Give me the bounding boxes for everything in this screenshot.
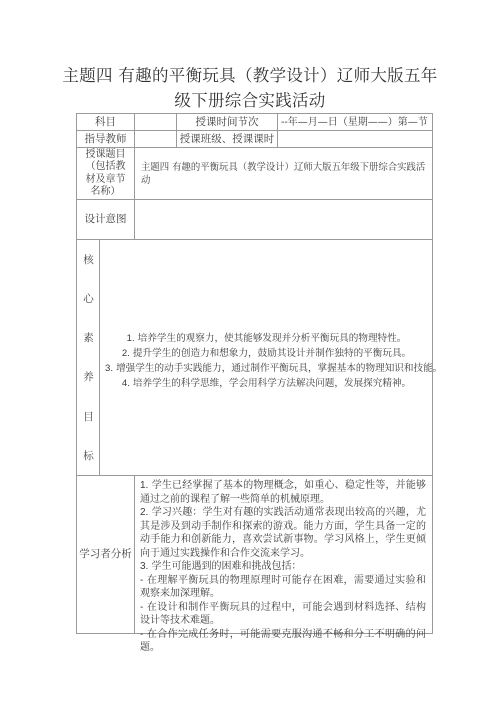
core-goal-item: 1. 培养学生的观察力，使其能够发现并分析平衡玩具的物理特性。: [105, 331, 428, 346]
design-intent-value: [135, 200, 432, 240]
learner-analysis-label: 学习者分析: [77, 476, 135, 633]
subject-label: 科目: [77, 114, 135, 131]
time-value: --年—月—日（星期——）第—节: [278, 114, 432, 131]
learner-paragraph: 3. 学生可能遇到的困难和挑战包括：: [140, 560, 426, 574]
lesson-plan-table: 科目 授课时间节次 --年—月—日（星期——）第—节 指导教师 授课班级、授课课…: [76, 113, 433, 634]
teacher-value: [135, 131, 177, 148]
class-value: [278, 131, 432, 148]
learner-paragraph: - 在理解平衡玩具的物理原理时可能存在困难，需要通过实验和观察来加深理解。: [140, 574, 426, 601]
topic-label: 授课题目（包括教材及章节名称）: [77, 148, 135, 200]
core-label-char: 心: [77, 293, 100, 306]
core-goals-label: 核 心 素 养 目 标: [77, 240, 100, 476]
topic-value: 主题四 有趣的平衡玩具（教学设计）辽师大版五年级下册综合实践活动: [135, 148, 432, 200]
subject-value: [135, 114, 177, 131]
document-title-line1: 主题四 有趣的平衡玩具（教学设计）辽师大版五年: [60, 62, 440, 86]
learner-paragraph: - 在设计和制作平衡玩具的过程中，可能会遇到材料选择、结构设计等技术难题。: [140, 601, 426, 628]
learner-paragraph: 1. 学生已经掌握了基本的物理概念，如重心、稳定性等，并能够通过之前的课程了解一…: [140, 479, 426, 506]
core-goal-item: 3. 增强学生的动手实践能力，通过制作平衡玩具，掌握基本的物理知识和技能。: [105, 361, 428, 376]
learner-paragraph: - 在合作完成任务时，可能需要克服沟通不畅和分工不明确的问题。: [140, 628, 426, 655]
core-label-char: 养: [77, 371, 100, 384]
core-goals-list: 1. 培养学生的观察力，使其能够发现并分析平衡玩具的物理特性。 2. 提升学生的…: [105, 331, 428, 391]
design-intent-label: 设计意图: [77, 200, 135, 240]
core-goals-content: 1. 培养学生的观察力，使其能够发现并分析平衡玩具的物理特性。 2. 提升学生的…: [100, 240, 432, 476]
core-label-char: 素: [77, 332, 100, 345]
learner-paragraph: 2. 学习兴趣：学生对有趣的实践活动通常表现出较高的兴趣，尤其是涉及到动手制作和…: [140, 506, 426, 560]
class-label: 授课班级、授课课时: [177, 131, 278, 148]
teacher-label: 指导教师: [77, 131, 135, 148]
learner-analysis-content: 1. 学生已经掌握了基本的物理概念，如重心、稳定性等，并能够通过之前的课程了解一…: [135, 476, 432, 633]
document-title-line2: 级下册综合实践活动: [60, 87, 440, 111]
core-label-char: 标: [77, 450, 100, 463]
core-label-char: 核: [77, 254, 100, 267]
time-label: 授课时间节次: [177, 114, 278, 131]
core-label-char: 目: [77, 411, 100, 424]
core-goal-item: 2. 提升学生的创造力和想象力，鼓励其设计并制作独特的平衡玩具。: [105, 346, 428, 361]
core-goal-item: 4. 培养学生的科学思维，学会用科学方法解决问题，发展探究精神。: [105, 376, 428, 391]
